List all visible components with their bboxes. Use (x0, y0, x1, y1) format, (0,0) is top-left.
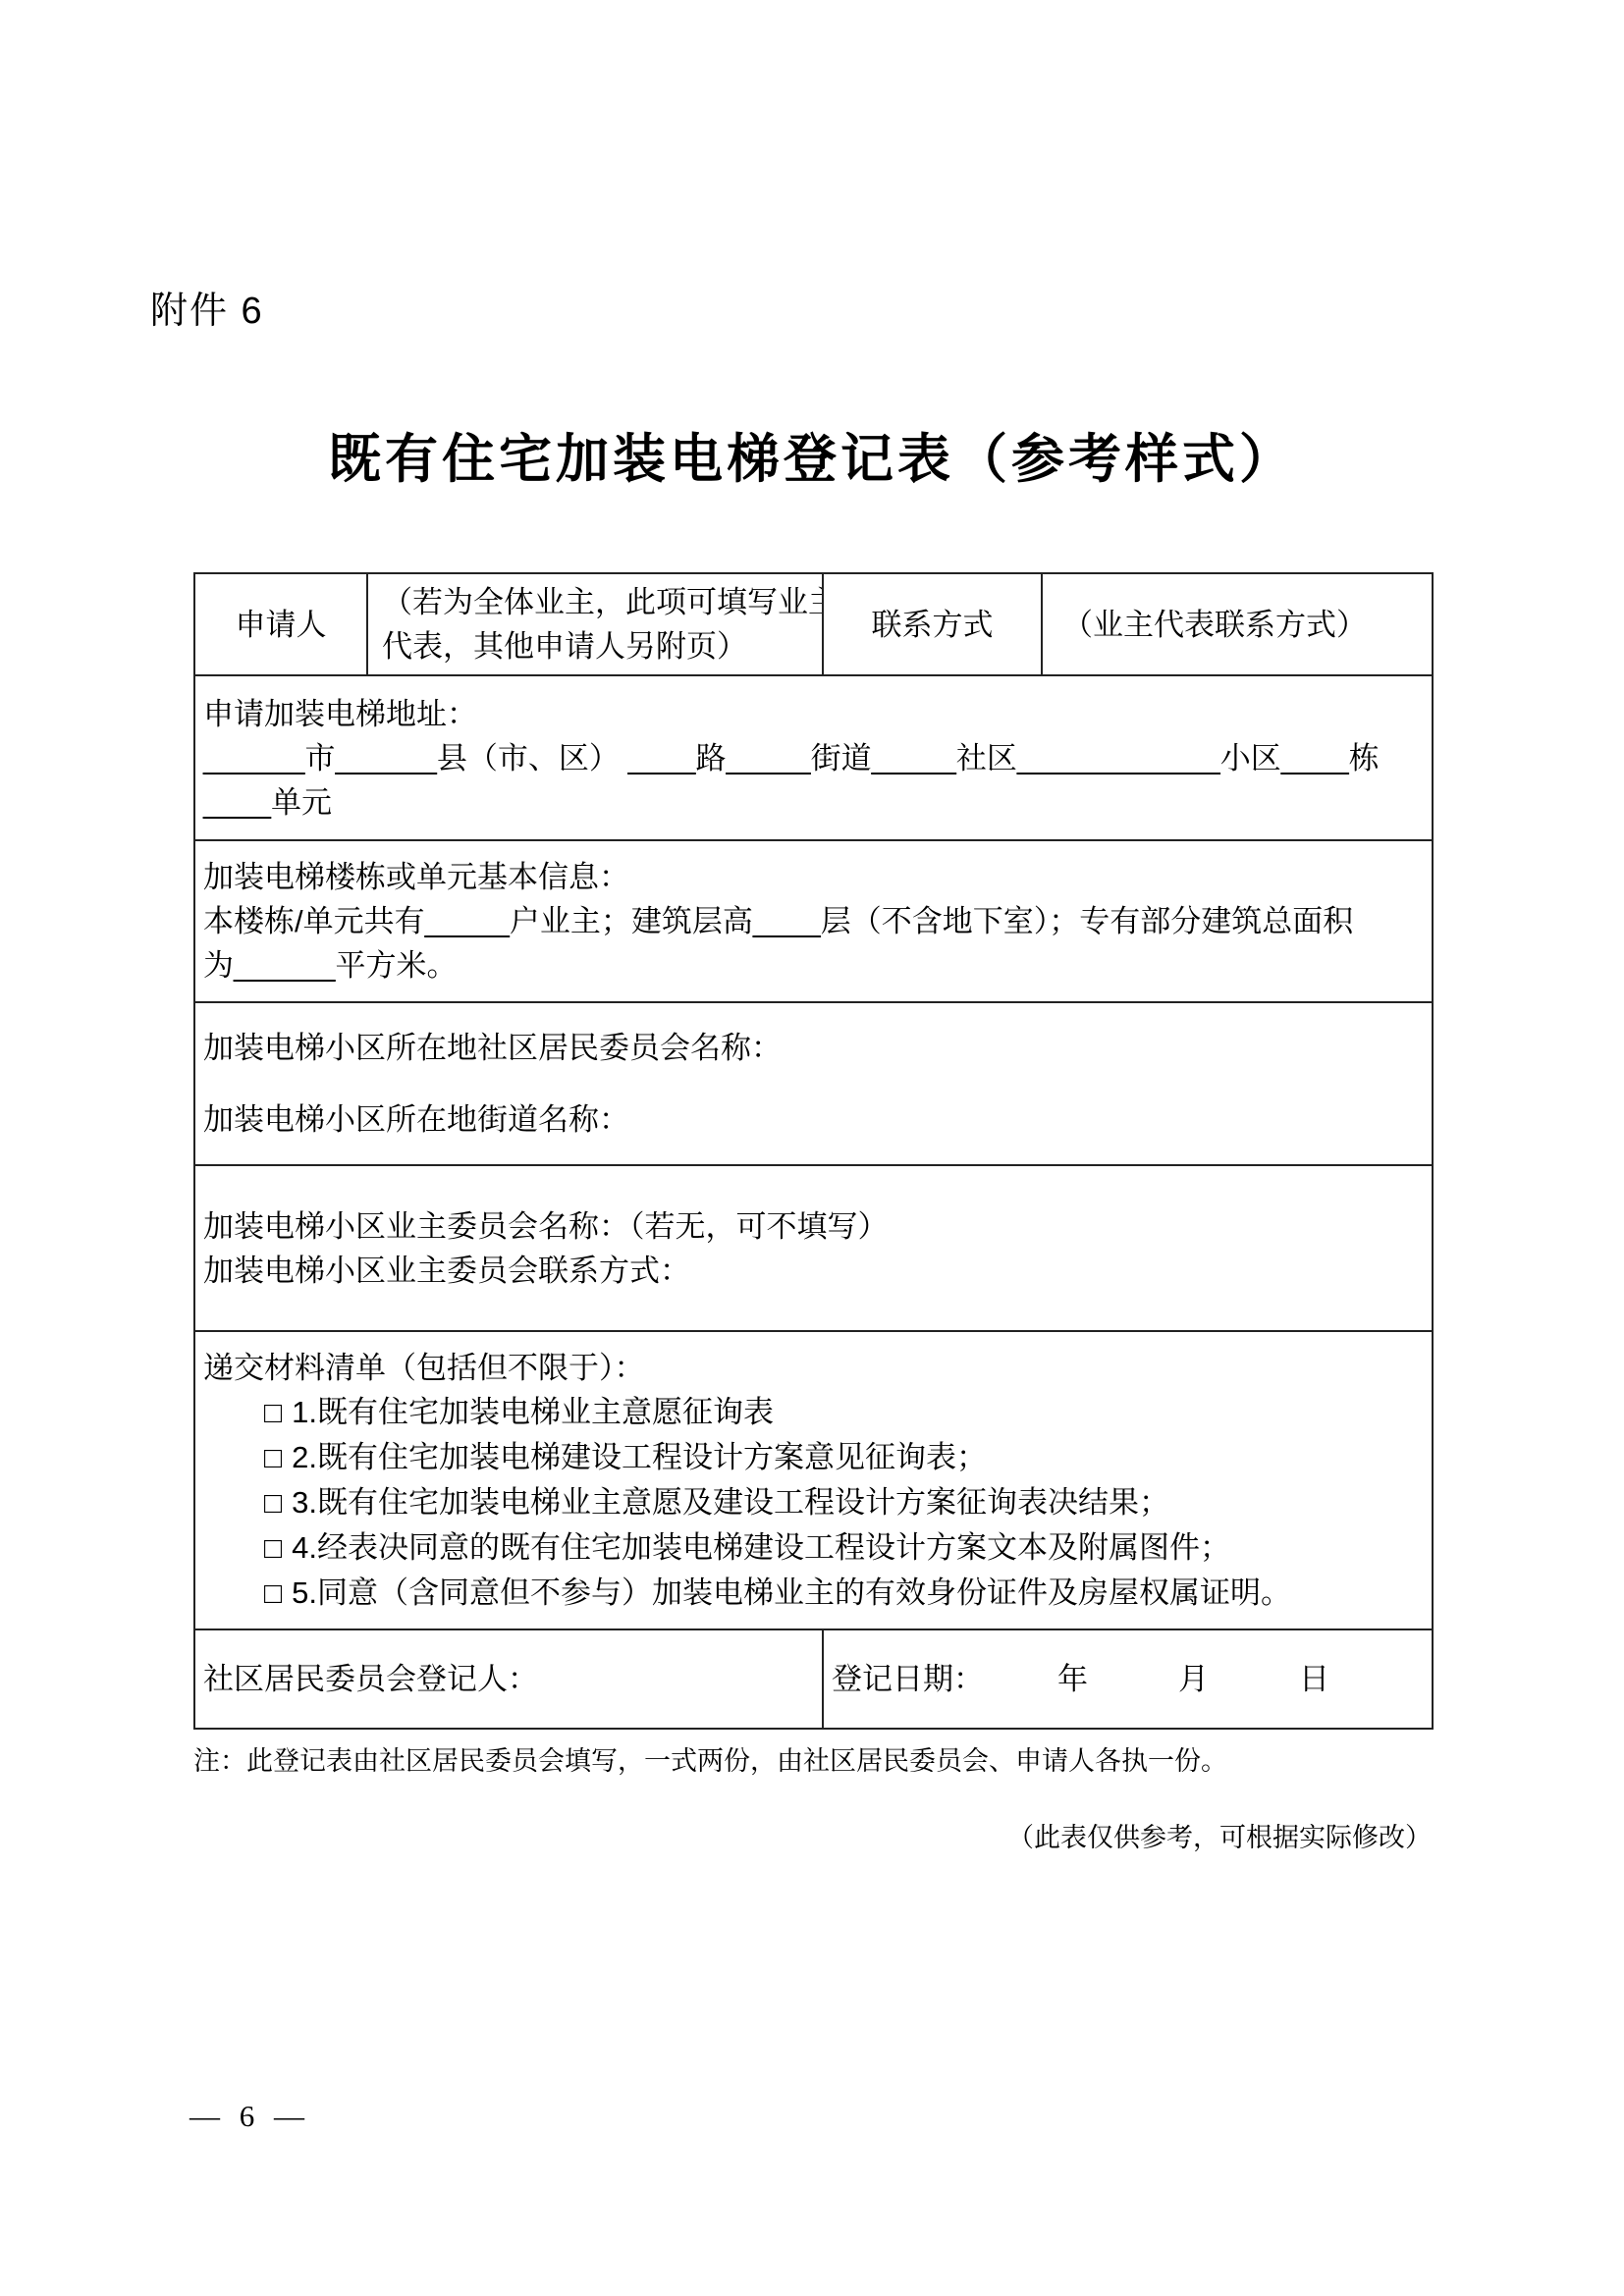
material-item-5: □5.同意（含同意但不参与）加装电梯业主的有效身份证件及房屋权属证明。 (203, 1571, 1424, 1616)
month-label: 月 (1178, 1662, 1209, 1696)
material-item-label: 5.同意（含同意但不参与）加装电梯业主的有效身份证件及房屋权属证明。 (292, 1575, 1291, 1610)
community-cell: 加装电梯小区所在地社区居民委员会名称： 加装电梯小区所在地街道名称： (194, 1002, 1433, 1165)
day-label: 日 (1299, 1662, 1329, 1696)
applicant-hint-line1: （若为全体业主，此项可填写业主 (382, 580, 814, 624)
address-line-1: 申请加装电梯地址： (203, 692, 1424, 736)
address-cell: 申请加装电梯地址： ______市______县（市、区） ____路_____… (194, 675, 1433, 840)
material-item-label: 2.既有住宅加装电梯建设工程设计方案意见征询表； (292, 1440, 987, 1474)
page-number: — 6 — (189, 2099, 310, 2134)
address-line-2: ______市______县（市、区） ____路_____街道_____社区_… (203, 736, 1424, 780)
spacer (203, 1070, 1424, 1097)
materials-header: 递交材料清单（包括但不限于）： (203, 1346, 1424, 1390)
community-committee-line: 加装电梯小区所在地社区居民委员会名称： (203, 1026, 1424, 1070)
material-item-1: □1.既有住宅加装电梯业主意愿征询表 (203, 1390, 1424, 1435)
registration-row: 社区居民委员会登记人： 登记日期：年月日 (194, 1629, 1433, 1729)
checkbox-icon[interactable]: □ (264, 1391, 282, 1435)
community-street-line: 加装电梯小区所在地街道名称： (203, 1097, 1424, 1142)
owners-committee-name-line: 加装电梯小区业主委员会名称：（若无，可不填写） (203, 1204, 1424, 1249)
owners-committee-contact-line: 加装电梯小区业主委员会联系方式： (203, 1249, 1424, 1293)
material-item-2: □2.既有住宅加装电梯建设工程设计方案意见征询表； (203, 1435, 1424, 1480)
building-info-line-2: 本楼栋/单元共有_____户业主；建筑层高____层（不含地下室）；专有部分建筑… (203, 899, 1424, 943)
checkbox-icon[interactable]: □ (264, 1526, 282, 1571)
material-item-label: 4.经表决同意的既有住宅加装电梯建设工程设计方案文本及附属图件； (292, 1530, 1230, 1565)
page-title: 既有住宅加装电梯登记表（参考样式） (0, 417, 1624, 493)
checkbox-icon[interactable]: □ (264, 1572, 282, 1616)
contact-label-cell: 联系方式 (823, 573, 1042, 675)
attachment-label: 附件 6 (150, 280, 264, 334)
registrar-cell: 社区居民委员会登记人： (194, 1629, 823, 1729)
owners-committee-cell: 加装电梯小区业主委员会名称：（若无，可不填写） 加装电梯小区业主委员会联系方式： (194, 1165, 1433, 1331)
materials-row: 递交材料清单（包括但不限于）： □1.既有住宅加装电梯业主意愿征询表 □2.既有… (194, 1331, 1433, 1629)
checkbox-icon[interactable]: □ (264, 1481, 282, 1525)
date-cell: 登记日期：年月日 (823, 1629, 1433, 1729)
material-item-label: 1.既有住宅加装电梯业主意愿征询表 (292, 1395, 774, 1429)
building-info-line-3: 为______平方米。 (203, 943, 1424, 988)
reference-note: （此表仅供参考，可根据实际修改） (1007, 1816, 1432, 1854)
form-table: 申请人 （若为全体业主，此项可填写业主 代表，其他申请人另附页） 联系方式 （业… (193, 572, 1434, 1730)
material-item-4: □4.经表决同意的既有住宅加装电梯建设工程设计方案文本及附属图件； (203, 1525, 1424, 1571)
applicant-hint-line2: 代表，其他申请人另附页） (382, 624, 814, 668)
address-row: 申请加装电梯地址： ______市______县（市、区） ____路_____… (194, 675, 1433, 840)
material-item-label: 3.既有住宅加装电梯业主意愿及建设工程设计方案征询表决结果； (292, 1485, 1169, 1520)
building-info-line-1: 加装电梯楼栋或单元基本信息： (203, 855, 1424, 899)
building-info-row: 加装电梯楼栋或单元基本信息： 本楼栋/单元共有_____户业主；建筑层高____… (194, 840, 1433, 1002)
date-label: 登记日期： (832, 1662, 984, 1696)
material-item-3: □3.既有住宅加装电梯业主意愿及建设工程设计方案征询表决结果； (203, 1480, 1424, 1525)
applicant-row: 申请人 （若为全体业主，此项可填写业主 代表，其他申请人另附页） 联系方式 （业… (194, 573, 1433, 675)
contact-hint-cell: （业主代表联系方式） (1042, 573, 1433, 675)
address-line-3: ____单元 (203, 780, 1424, 825)
year-label: 年 (1057, 1662, 1088, 1696)
materials-cell: 递交材料清单（包括但不限于）： □1.既有住宅加装电梯业主意愿征询表 □2.既有… (194, 1331, 1433, 1629)
applicant-label-cell: 申请人 (194, 573, 367, 675)
owners-committee-row: 加装电梯小区业主委员会名称：（若无，可不填写） 加装电梯小区业主委员会联系方式： (194, 1165, 1433, 1331)
applicant-hint-cell: （若为全体业主，此项可填写业主 代表，其他申请人另附页） (367, 573, 823, 675)
doc-note: 注：此登记表由社区居民委员会填写，一式两份，由社区居民委员会、申请人各执一份。 (193, 1739, 1227, 1778)
building-info-cell: 加装电梯楼栋或单元基本信息： 本楼栋/单元共有_____户业主；建筑层高____… (194, 840, 1433, 1002)
checkbox-icon[interactable]: □ (264, 1436, 282, 1480)
community-row: 加装电梯小区所在地社区居民委员会名称： 加装电梯小区所在地街道名称： (194, 1002, 1433, 1165)
